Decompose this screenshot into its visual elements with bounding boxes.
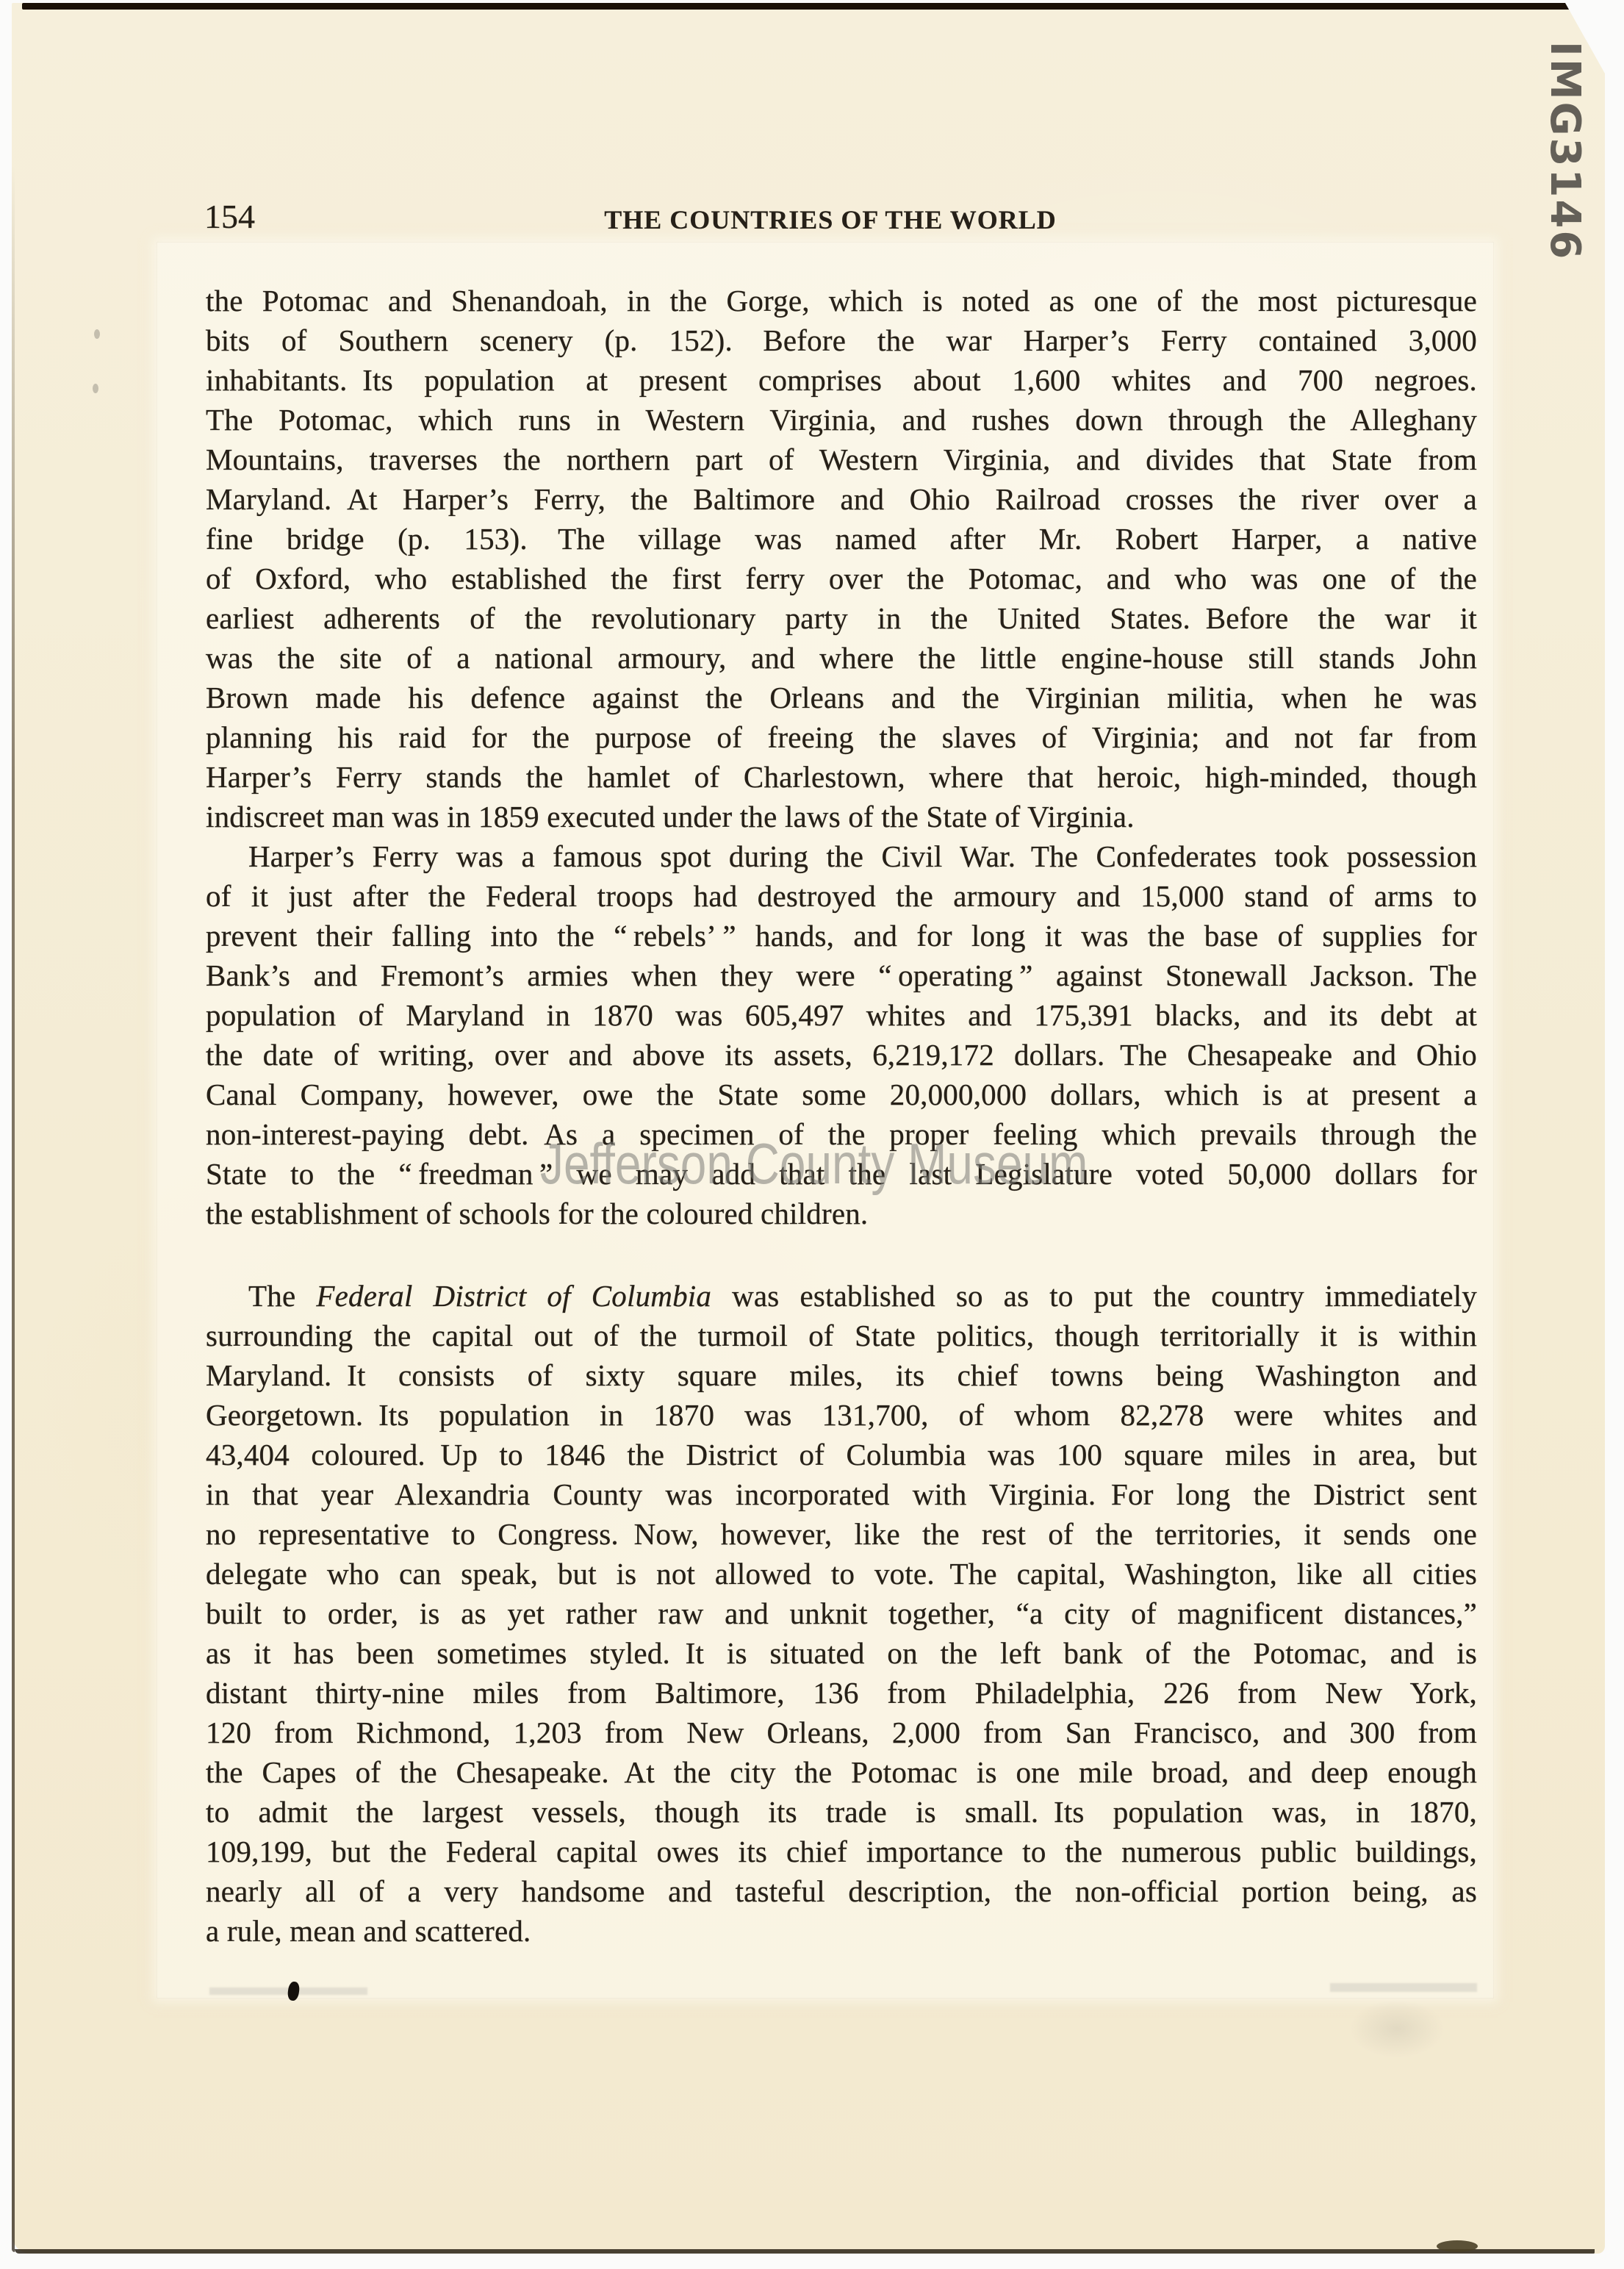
text-line: earliest adherents of the revolutionary … bbox=[206, 598, 1477, 638]
margin-speck bbox=[94, 329, 100, 339]
show-through-smudge bbox=[1349, 1999, 1445, 2058]
text-line: Harper’s Ferry was a famous spot during … bbox=[206, 836, 1477, 876]
book-page: 154 THE COUNTRIES OF THE WORLD the Potom… bbox=[12, 3, 1605, 2254]
text-line: was the site of a national armoury, and … bbox=[206, 638, 1477, 678]
text-line: the establishment of schools for the col… bbox=[206, 1194, 1477, 1233]
text-line: of it just after the Federal troops had … bbox=[206, 876, 1477, 916]
text-line: 43,404 coloured. Up to 1846 the District… bbox=[206, 1435, 1477, 1474]
text-line: Bank’s and Fremont’s armies when they we… bbox=[206, 956, 1477, 995]
text-line: to admit the largest vessels, though its… bbox=[206, 1792, 1477, 1832]
text-line: Brown made his defence against the Orlea… bbox=[206, 678, 1477, 717]
text-line: indiscreet man was in 1859 executed unde… bbox=[206, 797, 1477, 836]
text-line: Canal Company, however, owe the State so… bbox=[206, 1075, 1477, 1114]
text-line: a rule, mean and scattered. bbox=[206, 1911, 1477, 1951]
handwritten-note: IMG3146 bbox=[1541, 41, 1589, 261]
text-line: Maryland. At Harper’s Ferry, the Baltimo… bbox=[206, 479, 1477, 519]
text-line: prevent their falling into the “ rebels’… bbox=[206, 916, 1477, 956]
text-line: distant thirty-nine miles from Baltimore… bbox=[206, 1673, 1477, 1713]
text-line: the Capes of the Chesapeake. At the city… bbox=[206, 1752, 1477, 1792]
text-line: The Federal District of Columbia was est… bbox=[206, 1276, 1477, 1316]
text-line: bits of Southern scenery (p. 152). Befor… bbox=[206, 320, 1477, 360]
text-line: no representative to Congress. Now, howe… bbox=[206, 1514, 1477, 1554]
text-line: planning his raid for the purpose of fre… bbox=[206, 717, 1477, 757]
text-line: Georgetown. Its population in 1870 was 1… bbox=[206, 1395, 1477, 1435]
text-line: The Potomac, which runs in Western Virgi… bbox=[206, 400, 1477, 440]
text-line: as it has been sometimes styled. It is s… bbox=[206, 1633, 1477, 1673]
body-text: the Potomac and Shenandoah, in the Gorge… bbox=[206, 281, 1477, 1951]
text-line: the date of writing, over and above its … bbox=[206, 1035, 1477, 1075]
paragraph: the Potomac and Shenandoah, in the Gorge… bbox=[206, 281, 1477, 836]
watermark-text: Jefferson County Museum bbox=[540, 1130, 1088, 1197]
text-line: 120 from Richmond, 1,203 from New Orlean… bbox=[206, 1713, 1477, 1752]
text-line: in that year Alexandria County was incor… bbox=[206, 1474, 1477, 1514]
scan-canvas: { "header": { "page_number": "154", "run… bbox=[0, 0, 1624, 2269]
paragraph: The Federal District of Columbia was est… bbox=[206, 1276, 1477, 1951]
page-bottom-edge bbox=[15, 2249, 1595, 2254]
text-line: inhabitants. Its population at present c… bbox=[206, 360, 1477, 400]
running-title: THE COUNTRIES OF THE WORLD bbox=[193, 204, 1468, 235]
text-line: the Potomac and Shenandoah, in the Gorge… bbox=[206, 281, 1477, 320]
margin-speck bbox=[93, 384, 98, 393]
text-line: built to order, is as yet rather raw and… bbox=[206, 1594, 1477, 1633]
scan-streak bbox=[1330, 1983, 1477, 1992]
edge-stain bbox=[1437, 2240, 1478, 2252]
text-line: surrounding the capital out of the turmo… bbox=[206, 1316, 1477, 1355]
text-line: delegate who can speak, but is not allow… bbox=[206, 1554, 1477, 1594]
text-line: of Oxford, who established the first fer… bbox=[206, 559, 1477, 598]
text-line: fine bridge (p. 153). The village was na… bbox=[206, 519, 1477, 559]
text-line: Mountains, traverses the northern part o… bbox=[206, 440, 1477, 479]
text-line: Maryland. It consists of sixty square mi… bbox=[206, 1355, 1477, 1395]
text-line: 109,199, but the Federal capital owes it… bbox=[206, 1832, 1477, 1871]
text-line: Harper’s Ferry stands the hamlet of Char… bbox=[206, 757, 1477, 797]
page-left-edge bbox=[12, 165, 15, 2252]
page-top-edge bbox=[22, 3, 1603, 10]
text-line: nearly all of a very handsome and tastef… bbox=[206, 1871, 1477, 1911]
text-line: population of Maryland in 1870 was 605,4… bbox=[206, 995, 1477, 1035]
